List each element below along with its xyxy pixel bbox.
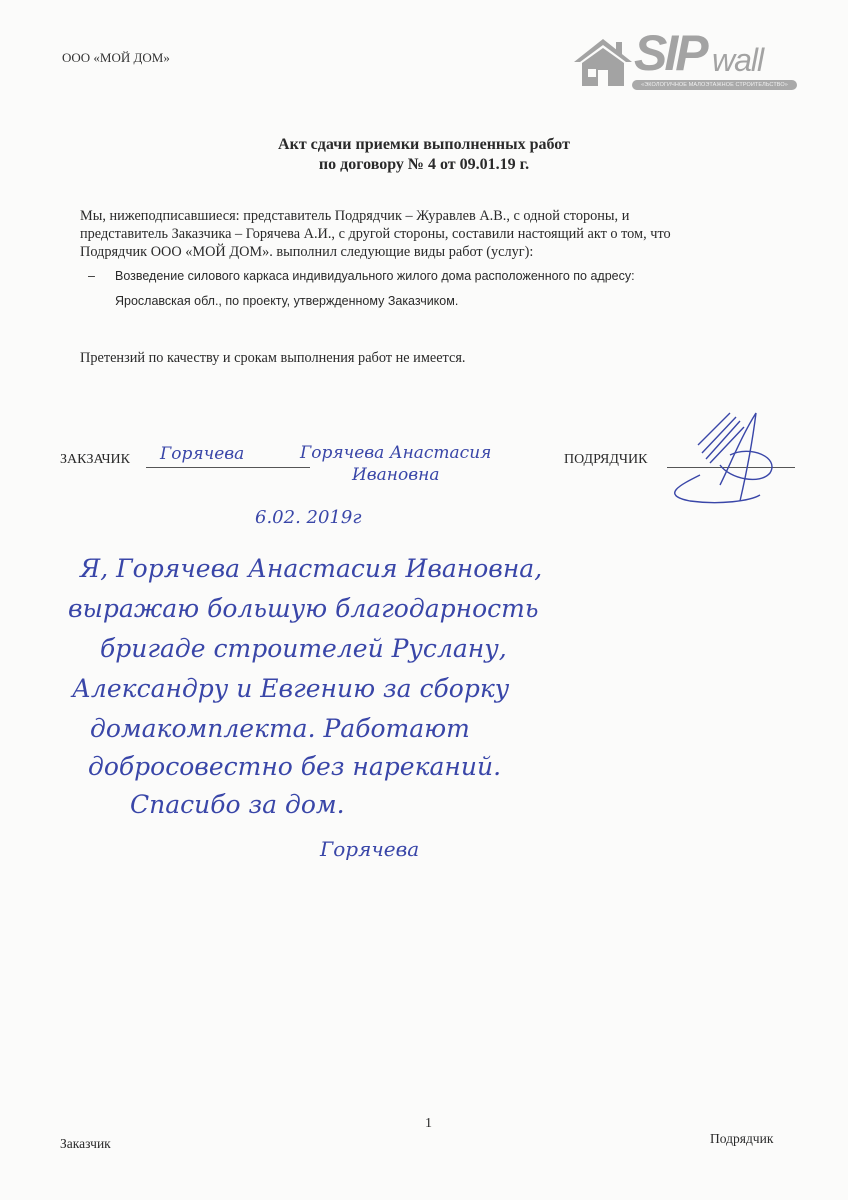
handwritten-line: Спасибо за дом. (130, 786, 848, 824)
house-icon (572, 36, 634, 86)
no-claims-statement: Претензий по качеству и срокам выполнени… (80, 350, 465, 367)
customer-name-line: Горячева Анастасия (300, 442, 491, 464)
customer-signature-line (146, 467, 310, 468)
work-description: Возведение силового каркаса индивидуальн… (115, 264, 775, 289)
sipwall-logo: SIP wall «ЭКОЛОГИЧНОЕ МАЛОЭТАЖНОЕ СТРОИТ… (572, 30, 802, 98)
bullet-dash: – (88, 264, 95, 289)
footer-customer: Заказчик (60, 1136, 111, 1152)
intro-line: представитель Заказчика – Горячева А.И.,… (80, 225, 780, 243)
customer-signature: Горячева (160, 444, 244, 464)
logo-brand-light: wall (712, 42, 763, 79)
work-description-cont: Ярославская обл., по проекту, утвержденн… (115, 289, 775, 314)
handwritten-line: Я, Горячева Анастасия Ивановна, (80, 550, 800, 588)
handwritten-line: бригаде строителей Руслану, (100, 630, 820, 668)
handwritten-line: домакомплекта. Работают (90, 710, 810, 748)
intro-line: Подрядчик ООО «МОЙ ДОМ». выполнил следую… (80, 243, 780, 261)
document-title: Акт сдачи приемки выполненных работ (0, 134, 848, 156)
customer-patronymic-line: Ивановна (300, 464, 491, 486)
footer-contractor: Подрядчик (710, 1131, 773, 1147)
intro-paragraph: Мы, нижеподписавшиеся: представитель Под… (80, 207, 780, 261)
handwritten-signature: Горячева (320, 830, 848, 868)
handwritten-line: Александру и Евгению за сборку (72, 670, 792, 708)
handwritten-date: 6.02. 2019г (255, 507, 361, 528)
customer-label: ЗАКЗАЧИК (60, 452, 130, 468)
company-name: ООО «МОЙ ДОМ» (62, 50, 170, 66)
contractor-signature-icon (580, 405, 780, 505)
intro-line: Мы, нижеподписавшиеся: представитель Под… (80, 207, 780, 225)
document-subtitle: по договору № 4 от 09.01.19 г. (0, 154, 848, 176)
customer-full-name: Горячева Анастасия Ивановна (300, 442, 491, 486)
logo-brand-bold: SIP (634, 24, 706, 82)
logo-tagline: «ЭКОЛОГИЧНОЕ МАЛОЭТАЖНОЕ СТРОИТЕЛЬСТВО» (632, 80, 797, 90)
page-number: 1 (425, 1116, 432, 1132)
handwritten-line: выражаю большую благодарность (68, 590, 788, 628)
handwritten-line: добросовестно без нареканий. (88, 748, 808, 786)
